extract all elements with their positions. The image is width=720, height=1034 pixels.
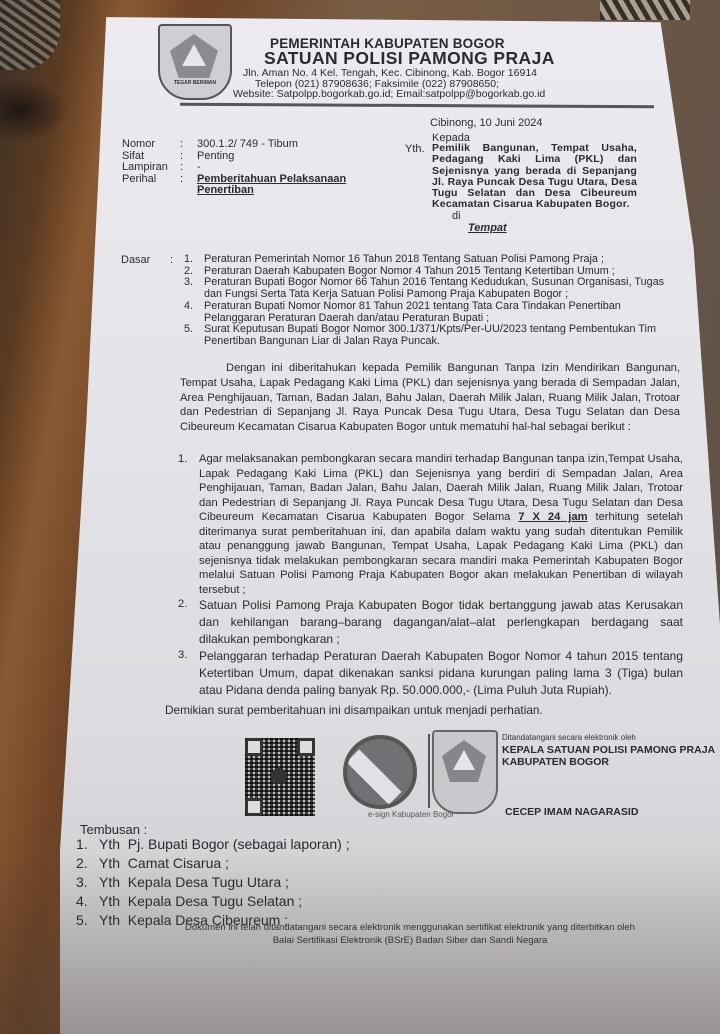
- meta-key: Nomor: [122, 139, 180, 151]
- dasar-item: 3.Peraturan Bupati Bogor Nomor 66 Tahun …: [184, 277, 674, 300]
- addressee-di: di: [452, 210, 461, 222]
- body-item-text-after: terhitung setelah diterimanya surat pemb…: [199, 511, 683, 596]
- dasar-item-text: Peraturan Pemerintah Nomor 16 Tahun 2018…: [204, 254, 604, 266]
- body-item: 3. Pelanggaran terhadap Peraturan Daerah…: [178, 648, 683, 699]
- tembusan-text: Yth Kepala Desa Tugu Selatan ;: [99, 892, 302, 911]
- qr-code-icon: [245, 738, 315, 816]
- meta-colon: :: [180, 162, 197, 174]
- dasar-item-number: 4.: [184, 301, 204, 324]
- signature-title: KEPALA SATUAN POLISI PAMONG PRAJA KABUPA…: [502, 744, 717, 768]
- meta-value: -: [197, 162, 347, 174]
- dasar-list: 1.Peraturan Pemerintah Nomor 16 Tahun 20…: [184, 254, 674, 348]
- letterhead-agency: SATUAN POLISI PAMONG PRAJA: [264, 48, 555, 69]
- tembusan-number: 1.: [76, 835, 99, 854]
- body-list: 1. Agar melaksanakan pembongkaran secara…: [178, 452, 683, 699]
- signature-title-line1: KEPALA SATUAN POLISI PAMONG PRAJA: [502, 744, 717, 756]
- meta-row-nomor: Nomor : 300.1.2/ 749 - Tibum: [122, 139, 347, 151]
- meta-key: Lampiran: [122, 162, 180, 174]
- tembusan-item: 3.Yth Kepala Desa Tugu Utara ;: [76, 873, 350, 892]
- body-item-number: 2.: [178, 597, 199, 648]
- meta-key: Perihal: [122, 174, 180, 197]
- dasar-colon: :: [170, 254, 173, 266]
- addressee-yth: Yth.: [405, 143, 425, 155]
- body-closing: Demikian surat pemberitahuan ini disampa…: [165, 703, 543, 717]
- dasar-item-text: Surat Keputusan Bupati Bogor Nomor 300.1…: [204, 324, 674, 347]
- meta-row-lampiran: Lampiran : -: [122, 162, 347, 174]
- footer-line1: Dokumen ini telah ditandatangani secara …: [145, 921, 675, 934]
- signature-note: Ditandatangani secara elektronik oleh: [502, 733, 636, 742]
- tembusan-item: 4.Yth Kepala Desa Tugu Selatan ;: [76, 892, 350, 911]
- meta-row-perihal: Perihal : Pemberitahuan Pelaksanaan Pene…: [122, 174, 347, 197]
- body-item: 2. Satuan Polisi Pamong Praja Kabupaten …: [178, 597, 683, 648]
- signature-divider: [428, 734, 430, 808]
- dasar-item: 5.Surat Keputusan Bupati Bogor Nomor 300…: [184, 324, 674, 347]
- letter-meta: Nomor : 300.1.2/ 749 - Tibum Sifat : Pen…: [122, 139, 347, 197]
- dasar-item-number: 5.: [184, 324, 204, 347]
- tembusan-text: Yth Pj. Bupati Bogor (sebagai laporan) ;: [99, 835, 350, 854]
- body-item: 1. Agar melaksanakan pembongkaran secara…: [178, 452, 683, 597]
- logo-motto: TEGAR BERIMAN: [166, 80, 224, 86]
- tembusan-text: Yth Camat Cisarua ;: [99, 854, 229, 873]
- body-item-text: Pelanggaran terhadap Peraturan Daerah Ka…: [199, 648, 683, 699]
- dasar-item-text: Peraturan Bupati Bogor Nomor 66 Tahun 20…: [204, 277, 674, 300]
- deadline-emphasis: 7 X 24 jam: [518, 511, 587, 523]
- tembusan-number: 4.: [76, 892, 99, 911]
- body-item-text: Agar melaksanakan pembongkaran secara ma…: [199, 452, 683, 597]
- tembusan-text: Yth Kepala Desa Tugu Utara ;: [99, 873, 289, 892]
- dasar-item: 4.Peraturan Bupati Nomor Nomor 81 Tahun …: [184, 301, 674, 324]
- tembusan-list: 1.Yth Pj. Bupati Bogor (sebagai laporan)…: [76, 835, 350, 930]
- key-icon: [346, 749, 401, 804]
- tembusan-item: 2.Yth Camat Cisarua ;: [76, 854, 350, 873]
- qr-finder-icon: [297, 738, 315, 756]
- esign-caption: e-sign Kabupaten Bogor: [368, 810, 454, 819]
- body-item-text: Satuan Polisi Pamong Praja Kabupaten Bog…: [199, 597, 683, 648]
- dasar-item-number: 1.: [184, 254, 204, 266]
- dasar-item-number: 3.: [184, 277, 204, 300]
- body-item-number: 1.: [178, 452, 199, 597]
- letterhead-web: Website: Satpolpp.bogorkab.go.id; Email:…: [233, 88, 545, 100]
- tembusan-number: 3.: [76, 873, 99, 892]
- body-intro: Dengan ini diberitahukan kepada Pemilik …: [180, 361, 680, 435]
- cloth-background-top: [600, 0, 690, 20]
- tembusan-number: 2.: [76, 854, 99, 873]
- addressee-recipient: Pemilik Bangunan, Tempat Usaha, Pedagang…: [432, 143, 637, 211]
- letter-date: Cibinong, 10 Juni 2024: [430, 117, 543, 129]
- meta-value: Penting: [197, 151, 347, 163]
- signature-title-line2: KABUPATEN BOGOR: [502, 756, 717, 768]
- meta-colon: :: [180, 139, 197, 151]
- esign-key-logo-icon: [343, 735, 417, 809]
- qr-finder-icon: [245, 798, 263, 816]
- esign-footer-note: Dokumen ini telah ditandatangani secara …: [145, 921, 675, 947]
- kabupaten-bogor-logo: TEGAR BERIMAN: [158, 24, 232, 100]
- body-item-number: 3.: [178, 648, 199, 699]
- tembusan-item: 1.Yth Pj. Bupati Bogor (sebagai laporan)…: [76, 835, 350, 854]
- meta-subject: Pemberitahuan Pelaksanaan Penertiban: [197, 174, 347, 197]
- meta-colon: :: [180, 174, 197, 197]
- signature-kabupaten-logo: [432, 730, 498, 814]
- dasar-item-text: Peraturan Bupati Nomor Nomor 81 Tahun 20…: [204, 301, 674, 324]
- signatory-name: CECEP IMAM NAGARASID: [505, 806, 638, 818]
- qr-finder-icon: [245, 738, 263, 756]
- dasar-item: 1.Peraturan Pemerintah Nomor 16 Tahun 20…: [184, 254, 674, 266]
- qr-center-logo-icon: [271, 768, 287, 784]
- addressee-tempat: Tempat: [468, 222, 507, 234]
- dasar-label: Dasar: [121, 254, 150, 266]
- meta-value: 300.1.2/ 749 - Tibum: [197, 139, 347, 151]
- tembusan-number: 5.: [76, 911, 99, 930]
- footer-line2: Balai Sertifikasi Elektronik (BSrE) Bada…: [145, 934, 675, 947]
